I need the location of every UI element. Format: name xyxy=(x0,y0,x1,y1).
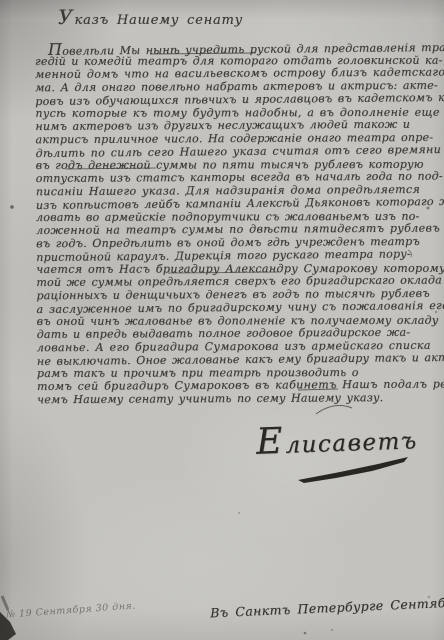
pen-flourish xyxy=(316,406,352,414)
handwritten-line: дать и впредь выдавать полное годовое бр… xyxy=(37,326,437,341)
handwritten-line: отпускать изъ статсъ канторы всегда въ н… xyxy=(36,170,436,185)
handwritten-line: ложенной на театръ суммы по двѣсти пятид… xyxy=(36,222,436,237)
archival-note: № 19 Сентября 30 дня. xyxy=(6,600,136,620)
paper-speck xyxy=(238,512,240,514)
handwritten-line: томъ сей бригадиръ Сумароковъ въ кабинет… xyxy=(37,378,437,393)
place-date-line: Въ Санктъ Петербурге Сентября 30го xyxy=(210,593,444,621)
margin-speck xyxy=(10,205,14,209)
handwritten-line: чемъ Нашему сенату учинить по сему Нашем… xyxy=(37,391,437,406)
paper-speck xyxy=(331,629,333,631)
handwritten-line: менной домъ что на васильевскомъ острову… xyxy=(35,66,435,81)
paper-speck xyxy=(304,632,307,635)
manuscript-photo: Указъ Нашему сенату Повелѣли Мы нынѣ учр… xyxy=(0,0,444,640)
signature-elisaveta: Елисаветъ xyxy=(255,416,418,463)
handwritten-line: той же суммы опредѣляется сверхъ его бри… xyxy=(36,274,436,289)
signature-flourish-stroke xyxy=(298,457,408,483)
edge-streak xyxy=(2,596,8,610)
document-body-text: Повелѣли Мы нынѣ учредить руской для пре… xyxy=(35,40,437,406)
handwritten-line: нимъ актеровъ изъ другихъ неслужащихъ лю… xyxy=(35,118,435,133)
document-heading: Указъ Нашему сенату xyxy=(58,5,243,29)
